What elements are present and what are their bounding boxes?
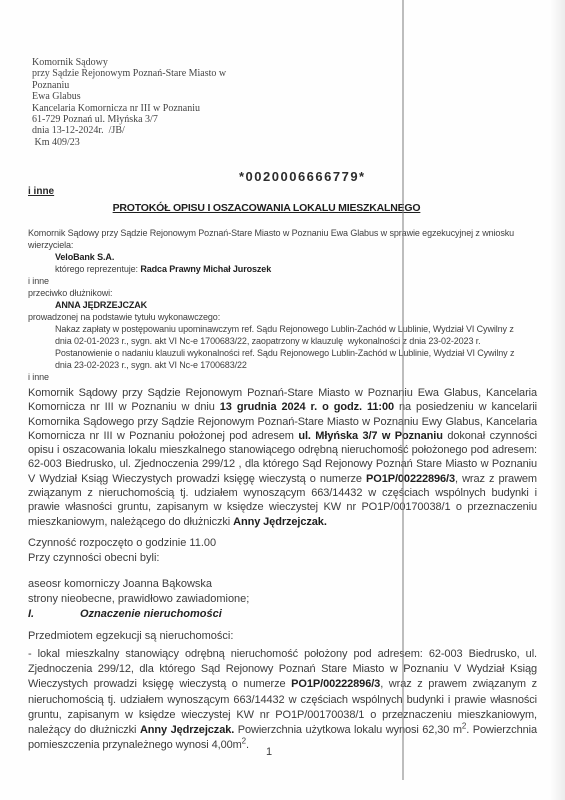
writ-item: Nakaz zapłaty w postępowaniu upominawczy… bbox=[28, 323, 548, 335]
writ-item: Postanowienie o nadaniu klauzuli wykonal… bbox=[28, 347, 548, 359]
sender-line: Poznaniu bbox=[32, 80, 226, 91]
scan-artifact-vertical-line bbox=[402, 0, 404, 780]
writ-item: dnia 23-02-2023 r., sygn. akt VI Nc-e 17… bbox=[28, 359, 548, 371]
section-number: I. bbox=[28, 608, 80, 620]
parties-block: Komornik Sądowy przy Sądzie Rejonowym Po… bbox=[28, 227, 548, 383]
sender-line: przy Sądzie Rejonowym Poznań-Stare Miast… bbox=[32, 68, 226, 79]
sender-line: dnia 13-12-2024r. /JB/ bbox=[32, 125, 226, 136]
absent-parties-note: strony nieobecne, prawidłowo zawiadomion… bbox=[28, 593, 249, 605]
creditor-representative: którego reprezentuje: Radca Prawny Micha… bbox=[28, 263, 548, 275]
present-persons-header: Przy czynności obecni byli: bbox=[28, 552, 159, 564]
document-page: Komornik Sądowy przy Sądzie Rejonowym Po… bbox=[0, 0, 565, 800]
present-person: aseosr komorniczy Joanna Bąkowska bbox=[28, 578, 212, 590]
debtor-name: ANNA JĘDRZEJCZAK bbox=[28, 299, 548, 311]
sender-address-block: Komornik Sądowy przy Sądzie Rejonowym Po… bbox=[32, 57, 226, 148]
section-heading-1: I.Oznaczenie nieruchomości bbox=[28, 608, 222, 620]
page-edge-shadow bbox=[550, 0, 565, 800]
barcode-number: *0020006666779* bbox=[239, 169, 366, 184]
parties-line: Komornik Sądowy przy Sądzie Rejonowym Po… bbox=[28, 227, 548, 239]
parties-line: i inne bbox=[28, 371, 548, 383]
subject-paragraph: - lokal mieszkalny stanowiący odrębną ni… bbox=[28, 647, 537, 753]
section-title: Oznaczenie nieruchomości bbox=[80, 608, 222, 620]
sender-line: 61-729 Poznań ul. Młyńska 3/7 bbox=[32, 114, 226, 125]
page-number: 1 bbox=[266, 746, 272, 758]
sender-line-case-number: Km 409/23 bbox=[32, 137, 226, 148]
sender-line: Kancelaria Komornicza nr III w Poznaniu bbox=[32, 103, 226, 114]
subject-intro: Przedmiotem egzekucji są nieruchomości: bbox=[28, 630, 233, 642]
writ-item: dnia 02-01-2023 r., sygn. akt VI Nc-e 17… bbox=[28, 335, 548, 347]
parties-line: wierzyciela: bbox=[28, 239, 548, 251]
parties-line: i inne bbox=[28, 275, 548, 287]
main-paragraph: Komornik Sądowy przy Sądzie Rejonowym Po… bbox=[28, 386, 537, 529]
activity-start-time: Czynność rozpoczęto o godzinie 11.00 bbox=[28, 537, 216, 549]
sender-line: Ewa Glabus bbox=[32, 91, 226, 102]
parties-line: przeciwko dłużnikowi: bbox=[28, 287, 548, 299]
sender-line: Komornik Sądowy bbox=[32, 57, 226, 68]
label-i-inne-top: i inne bbox=[28, 186, 54, 197]
creditor-name: VeloBank S.A. bbox=[28, 251, 548, 263]
parties-line: prowadzonej na podstawie tytułu wykonawc… bbox=[28, 311, 548, 323]
document-title: PROTOKÓŁ OPISU I OSZACOWANIA LOKALU MIES… bbox=[28, 202, 505, 214]
